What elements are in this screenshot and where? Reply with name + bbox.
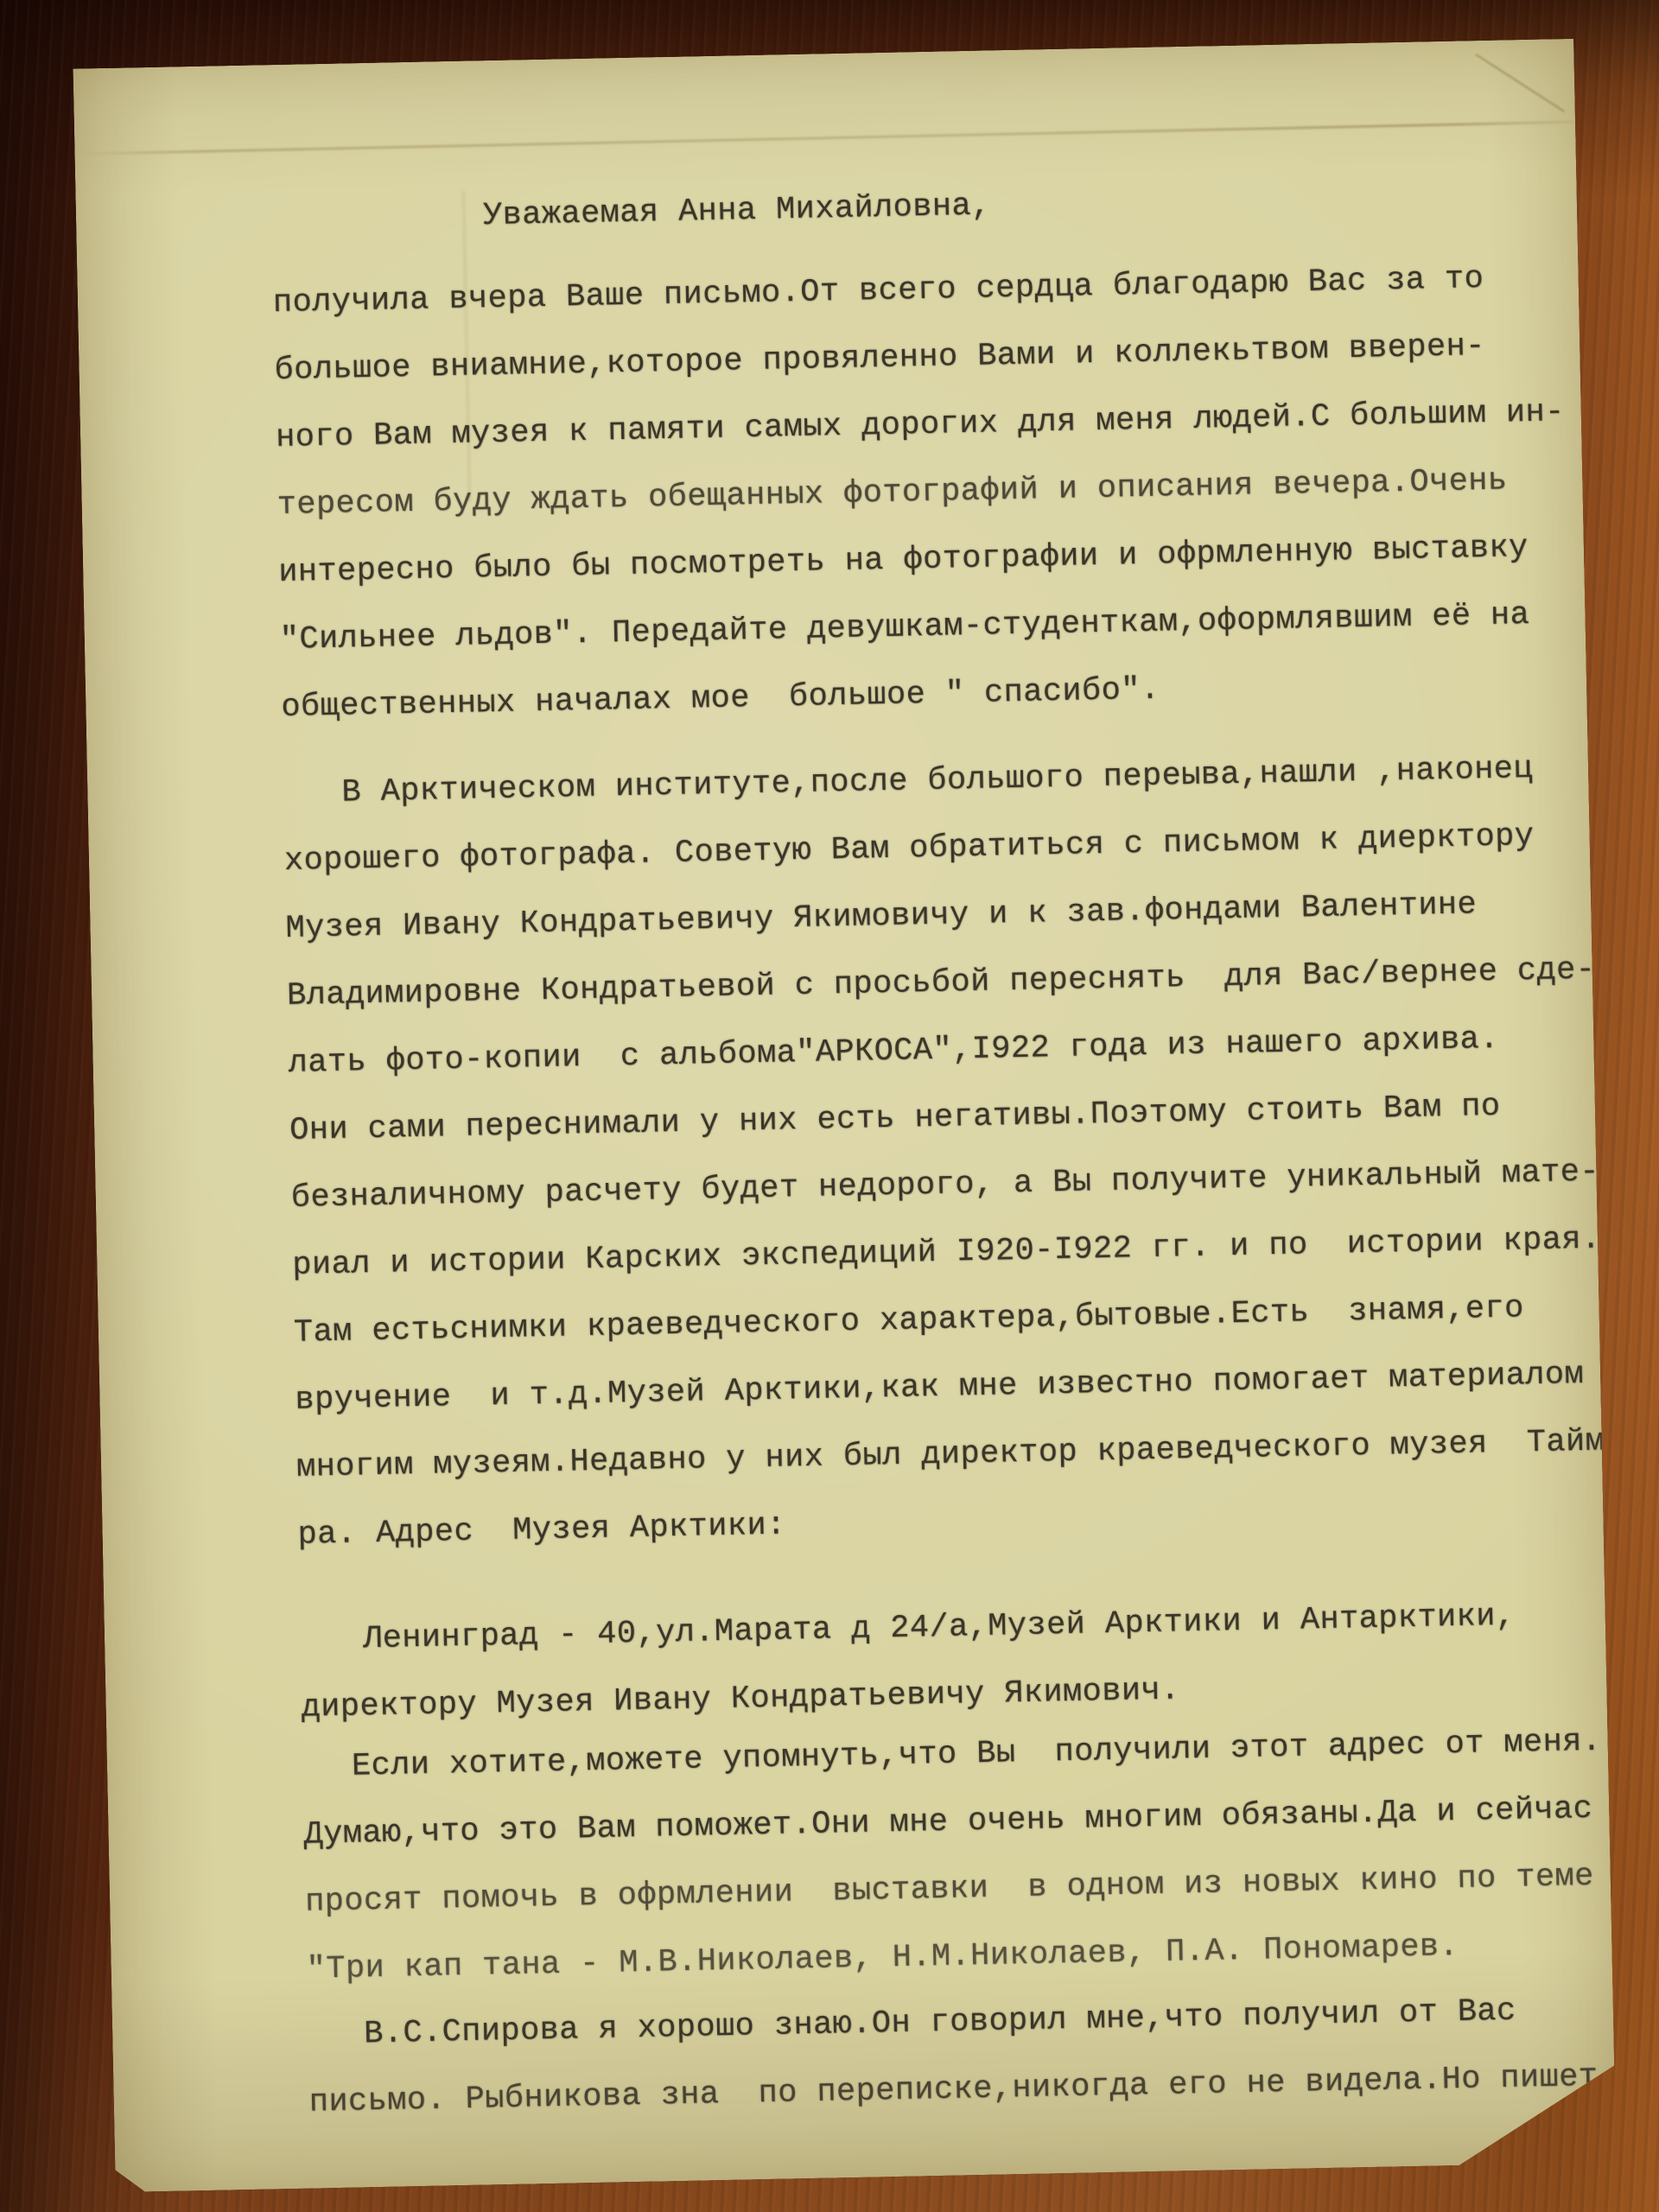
paragraph: В Арктическом институте,после большого п… (283, 734, 1613, 1568)
wooden-table-background: Уважаемая Анна Михайловна, получила вчер… (0, 0, 1659, 2212)
paragraph: получила вчера Ваше письмо.От всего серд… (272, 244, 1597, 741)
horizontal-fold-crease (74, 121, 1575, 156)
salutation: Уважаемая Анна Михайловна, (482, 172, 991, 250)
paragraph: Если хотите,можете упомнуть,что Вы получ… (302, 1707, 1622, 2003)
letter-page: Уважаемая Анна Михайловна, получила вчер… (73, 39, 1617, 2192)
corner-fold-crease (1475, 54, 1565, 112)
paragraph: В.С.Спирова я хорошо знаю.Он говорил мне… (307, 1975, 1624, 2137)
letter-body: получила вчера Ваше письмо.От всего серд… (73, 39, 1574, 69)
